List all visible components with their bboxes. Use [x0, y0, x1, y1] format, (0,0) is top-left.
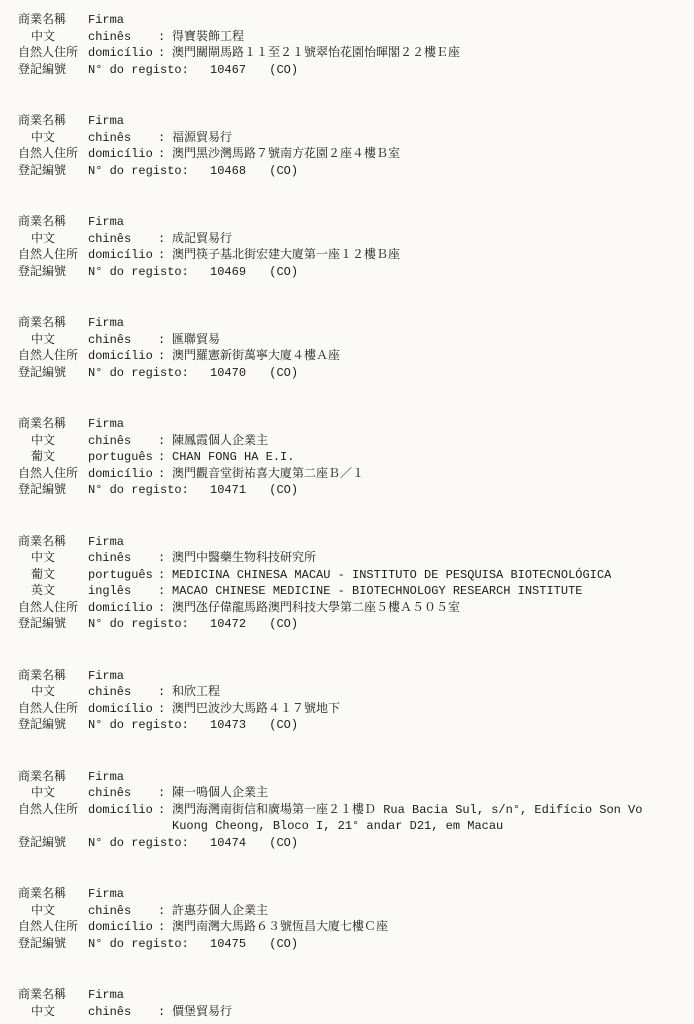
language-label-pt: chinês	[88, 684, 158, 701]
registration-label-zh: 登記編號	[18, 717, 88, 734]
business-name-label-pt: Firma	[88, 214, 158, 231]
firm-name-value: 和欣工程	[172, 684, 684, 701]
language-label-zh: 中文	[18, 684, 88, 701]
address-row: 自然人住所 domicílio : 澳門海灣南街信和廣場第一座２１樓Ｄ Rua …	[18, 802, 684, 835]
registration-suffix: (CO)	[269, 617, 298, 631]
firm-name-row: 中文 chinês : 福源貿易行	[18, 130, 684, 147]
name-rows: 中文 chinês : 福源貿易行	[18, 130, 684, 147]
colon-separator: :	[158, 684, 172, 701]
business-name-label-zh: 商業名稱	[18, 214, 88, 231]
language-label-pt: chinês	[88, 903, 158, 920]
registry-entry: 商業名稱 Firma 中文 chinês : 得寶裝飾工程 自然人住所 domi…	[18, 12, 684, 78]
address-label-zh: 自然人住所	[18, 348, 88, 365]
registry-entry: 商業名稱 Firma 中文 chinês : 價堡貿易行	[18, 987, 684, 1020]
address-row: 自然人住所 domicílio : 澳門巴波沙大馬路４１７號地下	[18, 701, 684, 718]
colon-separator: :	[158, 919, 172, 936]
registration-suffix: (CO)	[269, 366, 298, 380]
business-name-label-zh: 商業名稱	[18, 12, 88, 29]
address-row: 自然人住所 domicílio : 澳門羅憲新街萬寧大廈４樓Ａ座	[18, 348, 684, 365]
registration-row: 登記編號 N° do registo: 10471 (CO)	[18, 482, 684, 499]
colon-separator: :	[158, 567, 172, 584]
registration-number: 10475	[210, 937, 246, 951]
firm-name-row: 中文 chinês : 匯聯貿易	[18, 332, 684, 349]
registration-label-pt: N° do registo:	[88, 483, 189, 497]
colon-separator: :	[158, 29, 172, 46]
address-value: 澳門南灣大馬路６３號恆昌大廈七樓Ｃ座	[172, 919, 684, 936]
colon-separator: :	[158, 701, 172, 718]
colon-separator: :	[158, 466, 172, 483]
address-row: 自然人住所 domicílio : 澳門南灣大馬路６３號恆昌大廈七樓Ｃ座	[18, 919, 684, 936]
registration-rest: N° do registo: 10473 (CO)	[88, 717, 684, 734]
business-name-row: 商業名稱 Firma	[18, 214, 684, 231]
firm-name-value: 澳門中醫藥生物科技研究所	[172, 550, 684, 567]
registration-number: 10471	[210, 483, 246, 497]
colon-separator: :	[158, 600, 172, 617]
registry-entry: 商業名稱 Firma 中文 chinês : 陳一鳴個人企業主 自然人住所 do…	[18, 769, 684, 852]
firm-name-value: 陳一鳴個人企業主	[172, 785, 684, 802]
firm-name-value: 價堡貿易行	[172, 1004, 684, 1021]
colon-separator: :	[158, 130, 172, 147]
colon-separator: :	[158, 247, 172, 264]
registration-number: 10469	[210, 265, 246, 279]
registry-entry: 商業名稱 Firma 中文 chinês : 和欣工程 自然人住所 domicí…	[18, 668, 684, 734]
registration-label-zh: 登記編號	[18, 482, 88, 499]
language-label-pt: português	[88, 449, 158, 466]
colon-separator: :	[158, 802, 172, 819]
firm-name-row: 中文 chinês : 成記貿易行	[18, 231, 684, 248]
firm-name-value: 陳鳳霞個人企業主	[172, 433, 684, 450]
registry-entry: 商業名稱 Firma 中文 chinês : 許惠芬個人企業主 自然人住所 do…	[18, 886, 684, 952]
business-name-row: 商業名稱 Firma	[18, 12, 684, 29]
colon-separator: :	[158, 903, 172, 920]
firm-name-value: 福源貿易行	[172, 130, 684, 147]
colon-separator: :	[158, 785, 172, 802]
registry-entry: 商業名稱 Firma 中文 chinês : 匯聯貿易 自然人住所 domicí…	[18, 315, 684, 381]
registration-label-zh: 登記編號	[18, 936, 88, 953]
registration-suffix: (CO)	[269, 836, 298, 850]
language-label-pt: chinês	[88, 231, 158, 248]
business-name-label-zh: 商業名稱	[18, 769, 88, 786]
registration-number: 10473	[210, 718, 246, 732]
language-label-pt: chinês	[88, 29, 158, 46]
address-label-zh: 自然人住所	[18, 919, 88, 936]
address-label-pt: domicílio	[88, 247, 158, 264]
registration-suffix: (CO)	[269, 63, 298, 77]
business-name-label-pt: Firma	[88, 416, 158, 433]
firm-name-value: MACAO CHINESE MEDICINE - BIOTECHNOLOGY R…	[172, 583, 684, 600]
registration-label-pt: N° do registo:	[88, 164, 189, 178]
firm-name-row: 英文 inglês : MACAO CHINESE MEDICINE - BIO…	[18, 583, 684, 600]
address-label-pt: domicílio	[88, 701, 158, 718]
language-label-zh: 中文	[18, 903, 88, 920]
address-value: 澳門羅憲新街萬寧大廈４樓Ａ座	[172, 348, 684, 365]
registration-row: 登記編號 N° do registo: 10468 (CO)	[18, 163, 684, 180]
registration-label-zh: 登記編號	[18, 62, 88, 79]
registry-entry: 商業名稱 Firma 中文 chinês : 陳鳳霞個人企業主 葡文 portu…	[18, 416, 684, 499]
name-rows: 中文 chinês : 匯聯貿易	[18, 332, 684, 349]
address-value: 澳門海灣南街信和廣場第一座２１樓Ｄ Rua Bacia Sul, s/n°, E…	[172, 802, 684, 835]
registration-rest: N° do registo: 10471 (CO)	[88, 482, 684, 499]
address-label-pt: domicílio	[88, 146, 158, 163]
business-name-label-pt: Firma	[88, 668, 158, 685]
language-label-pt: chinês	[88, 550, 158, 567]
registration-row: 登記編號 N° do registo: 10467 (CO)	[18, 62, 684, 79]
registration-suffix: (CO)	[269, 937, 298, 951]
registration-rest: N° do registo: 10474 (CO)	[88, 835, 684, 852]
address-label-zh: 自然人住所	[18, 701, 88, 718]
address-value: 澳門觀音堂街祐喜大廈第二座Ｂ／１	[172, 466, 684, 483]
business-name-label-zh: 商業名稱	[18, 886, 88, 903]
registration-number: 10468	[210, 164, 246, 178]
business-name-label-pt: Firma	[88, 987, 158, 1004]
registration-rest: N° do registo: 10470 (CO)	[88, 365, 684, 382]
firm-name-row: 中文 chinês : 價堡貿易行	[18, 1004, 684, 1021]
name-rows: 中文 chinês : 價堡貿易行	[18, 1004, 684, 1021]
business-name-label-pt: Firma	[88, 113, 158, 130]
registration-label-zh: 登記編號	[18, 616, 88, 633]
firm-name-value: 許惠芬個人企業主	[172, 903, 684, 920]
address-value: 澳門氹仔偉龍馬路澳門科技大學第二座５樓Ａ５０５室	[172, 600, 684, 617]
registry-entry: 商業名稱 Firma 中文 chinês : 澳門中醫藥生物科技研究所 葡文 p…	[18, 534, 684, 633]
business-name-label-zh: 商業名稱	[18, 534, 88, 551]
registration-label-zh: 登記編號	[18, 163, 88, 180]
registration-number: 10470	[210, 366, 246, 380]
registration-suffix: (CO)	[269, 265, 298, 279]
registration-label-pt: N° do registo:	[88, 617, 189, 631]
name-rows: 中文 chinês : 和欣工程	[18, 684, 684, 701]
business-name-label-pt: Firma	[88, 769, 158, 786]
colon-separator: :	[158, 433, 172, 450]
business-name-row: 商業名稱 Firma	[18, 668, 684, 685]
business-name-row: 商業名稱 Firma	[18, 416, 684, 433]
colon-separator: :	[158, 146, 172, 163]
registration-suffix: (CO)	[269, 164, 298, 178]
firm-name-row: 中文 chinês : 許惠芬個人企業主	[18, 903, 684, 920]
language-label-zh: 中文	[18, 785, 88, 802]
business-name-row: 商業名稱 Firma	[18, 769, 684, 786]
address-label-pt: domicílio	[88, 466, 158, 483]
business-name-label-pt: Firma	[88, 315, 158, 332]
registration-suffix: (CO)	[269, 718, 298, 732]
registration-label-zh: 登記編號	[18, 835, 88, 852]
language-label-pt: chinês	[88, 785, 158, 802]
business-name-label-pt: Firma	[88, 534, 158, 551]
registration-label-pt: N° do registo:	[88, 836, 189, 850]
language-label-zh: 中文	[18, 433, 88, 450]
language-label-zh: 英文	[18, 583, 88, 600]
language-label-zh: 中文	[18, 1004, 88, 1021]
colon-separator: :	[158, 45, 172, 62]
business-name-label-zh: 商業名稱	[18, 416, 88, 433]
registration-rest: N° do registo: 10468 (CO)	[88, 163, 684, 180]
registration-label-pt: N° do registo:	[88, 63, 189, 77]
registration-number: 10467	[210, 63, 246, 77]
name-rows: 中文 chinês : 澳門中醫藥生物科技研究所 葡文 português : …	[18, 550, 684, 600]
language-label-pt: português	[88, 567, 158, 584]
business-name-row: 商業名稱 Firma	[18, 886, 684, 903]
address-value: 澳門筷子基北街宏建大廈第一座１２樓Ｂ座	[172, 247, 684, 264]
registration-rest: N° do registo: 10475 (CO)	[88, 936, 684, 953]
address-row: 自然人住所 domicílio : 澳門黑沙灣馬路７號南方花園２座４樓Ｂ室	[18, 146, 684, 163]
firm-name-row: 中文 chinês : 陳鳳霞個人企業主	[18, 433, 684, 450]
firm-name-row: 中文 chinês : 和欣工程	[18, 684, 684, 701]
address-row: 自然人住所 domicílio : 澳門氹仔偉龍馬路澳門科技大學第二座５樓Ａ５０…	[18, 600, 684, 617]
language-label-zh: 中文	[18, 550, 88, 567]
business-name-row: 商業名稱 Firma	[18, 534, 684, 551]
address-label-pt: domicílio	[88, 600, 158, 617]
registration-number: 10474	[210, 836, 246, 850]
name-rows: 中文 chinês : 成記貿易行	[18, 231, 684, 248]
language-label-zh: 中文	[18, 332, 88, 349]
colon-separator: :	[158, 348, 172, 365]
language-label-pt: chinês	[88, 130, 158, 147]
colon-separator: :	[158, 1004, 172, 1021]
address-label-zh: 自然人住所	[18, 247, 88, 264]
firm-name-value: MEDICINA CHINESA MACAU - INSTITUTO DE PE…	[172, 567, 684, 584]
name-rows: 中文 chinês : 得寶裝飾工程	[18, 29, 684, 46]
language-label-zh: 葡文	[18, 567, 88, 584]
registration-row: 登記編號 N° do registo: 10472 (CO)	[18, 616, 684, 633]
firm-name-row: 中文 chinês : 得寶裝飾工程	[18, 29, 684, 46]
firm-name-row: 葡文 português : CHAN FONG HA E.I.	[18, 449, 684, 466]
registration-row: 登記編號 N° do registo: 10469 (CO)	[18, 264, 684, 281]
address-label-zh: 自然人住所	[18, 600, 88, 617]
address-label-pt: domicílio	[88, 802, 158, 819]
business-name-label-pt: Firma	[88, 12, 158, 29]
name-rows: 中文 chinês : 陳一鳴個人企業主	[18, 785, 684, 802]
language-label-zh: 中文	[18, 130, 88, 147]
address-value: 澳門黑沙灣馬路７號南方花園２座４樓Ｂ室	[172, 146, 684, 163]
language-label-pt: inglês	[88, 583, 158, 600]
address-label-zh: 自然人住所	[18, 466, 88, 483]
colon-separator: :	[158, 332, 172, 349]
firm-name-value: 得寶裝飾工程	[172, 29, 684, 46]
name-rows: 中文 chinês : 陳鳳霞個人企業主 葡文 português : CHAN…	[18, 433, 684, 466]
registration-label-pt: N° do registo:	[88, 366, 189, 380]
registry-entry: 商業名稱 Firma 中文 chinês : 福源貿易行 自然人住所 domic…	[18, 113, 684, 179]
registration-label-zh: 登記編號	[18, 365, 88, 382]
language-label-pt: chinês	[88, 433, 158, 450]
colon-separator: :	[158, 550, 172, 567]
colon-separator: :	[158, 231, 172, 248]
language-label-zh: 中文	[18, 231, 88, 248]
registration-row: 登記編號 N° do registo: 10470 (CO)	[18, 365, 684, 382]
language-label-zh: 中文	[18, 29, 88, 46]
name-rows: 中文 chinês : 許惠芬個人企業主	[18, 903, 684, 920]
business-name-label-zh: 商業名稱	[18, 987, 88, 1004]
registration-number: 10472	[210, 617, 246, 631]
business-name-label-pt: Firma	[88, 886, 158, 903]
address-label-zh: 自然人住所	[18, 146, 88, 163]
firm-name-value: 成記貿易行	[172, 231, 684, 248]
registration-label-pt: N° do registo:	[88, 937, 189, 951]
business-name-label-zh: 商業名稱	[18, 315, 88, 332]
firm-name-value: CHAN FONG HA E.I.	[172, 449, 684, 466]
firm-name-row: 葡文 português : MEDICINA CHINESA MACAU - …	[18, 567, 684, 584]
address-label-pt: domicílio	[88, 348, 158, 365]
registration-rest: N° do registo: 10469 (CO)	[88, 264, 684, 281]
address-label-zh: 自然人住所	[18, 802, 88, 819]
address-row: 自然人住所 domicílio : 澳門筷子基北街宏建大廈第一座１２樓Ｂ座	[18, 247, 684, 264]
address-row: 自然人住所 domicílio : 澳門觀音堂街祐喜大廈第二座Ｂ／１	[18, 466, 684, 483]
registry-entry: 商業名稱 Firma 中文 chinês : 成記貿易行 自然人住所 domic…	[18, 214, 684, 280]
registration-label-pt: N° do registo:	[88, 265, 189, 279]
registration-row: 登記編號 N° do registo: 10473 (CO)	[18, 717, 684, 734]
registration-row: 登記編號 N° do registo: 10474 (CO)	[18, 835, 684, 852]
registration-row: 登記編號 N° do registo: 10475 (CO)	[18, 936, 684, 953]
colon-separator: :	[158, 583, 172, 600]
registration-label-zh: 登記編號	[18, 264, 88, 281]
address-row: 自然人住所 domicílio : 澳門關閘馬路１１至２１號翠怡花園怡暉閣２２樓…	[18, 45, 684, 62]
registration-rest: N° do registo: 10467 (CO)	[88, 62, 684, 79]
language-label-zh: 葡文	[18, 449, 88, 466]
registry-entries: 商業名稱 Firma 中文 chinês : 得寶裝飾工程 自然人住所 domi…	[18, 12, 684, 1020]
business-name-label-zh: 商業名稱	[18, 113, 88, 130]
business-name-row: 商業名稱 Firma	[18, 987, 684, 1004]
address-value: 澳門關閘馬路１１至２１號翠怡花園怡暉閣２２樓Ｅ座	[172, 45, 684, 62]
business-name-row: 商業名稱 Firma	[18, 113, 684, 130]
language-label-pt: chinês	[88, 332, 158, 349]
business-name-label-zh: 商業名稱	[18, 668, 88, 685]
registration-suffix: (CO)	[269, 483, 298, 497]
business-name-row: 商業名稱 Firma	[18, 315, 684, 332]
registry-page: 商業名稱 Firma 中文 chinês : 得寶裝飾工程 自然人住所 domi…	[0, 0, 694, 1020]
language-label-pt: chinês	[88, 1004, 158, 1021]
address-label-zh: 自然人住所	[18, 45, 88, 62]
address-label-pt: domicílio	[88, 919, 158, 936]
address-label-pt: domicílio	[88, 45, 158, 62]
address-value: 澳門巴波沙大馬路４１７號地下	[172, 701, 684, 718]
colon-separator: :	[158, 449, 172, 466]
firm-name-row: 中文 chinês : 陳一鳴個人企業主	[18, 785, 684, 802]
registration-label-pt: N° do registo:	[88, 718, 189, 732]
firm-name-row: 中文 chinês : 澳門中醫藥生物科技研究所	[18, 550, 684, 567]
registration-rest: N° do registo: 10472 (CO)	[88, 616, 684, 633]
firm-name-value: 匯聯貿易	[172, 332, 684, 349]
